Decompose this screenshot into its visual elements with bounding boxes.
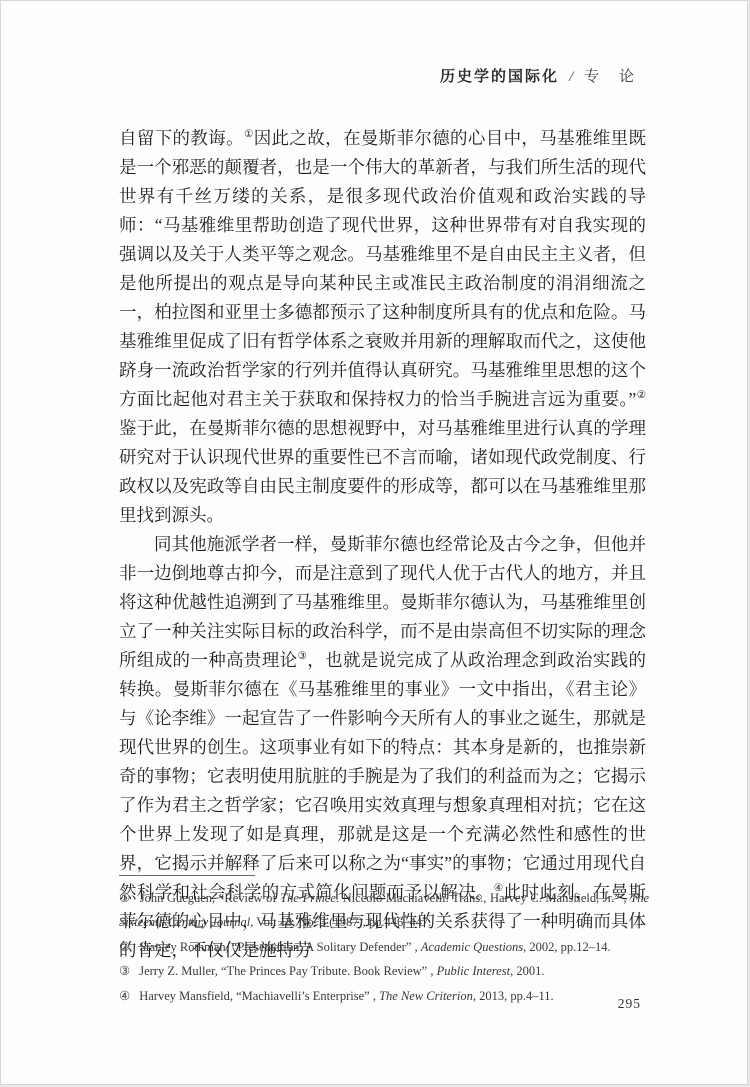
footnote-1-text: , Vol. 18, No. 3 (1987), pp.446–447. — [250, 915, 431, 929]
page-number: 295 — [618, 996, 641, 1012]
footnote-4-text: , 2013, pp.4–11. — [473, 989, 554, 1003]
footnote-3-text: , 2001. — [510, 964, 544, 978]
footnote-3-marker: ③ — [119, 964, 130, 978]
paragraph-1-text: 鉴于此，在曼斯菲尔德的思想视野中，对马基雅维里进行认真的学理研究对于认识现代世界… — [119, 418, 646, 525]
footnote-3-journal: Public Interest — [437, 964, 510, 978]
footnote-3-text: Jerry Z. Muller, “The Princes Pay Tribut… — [139, 964, 436, 978]
footnote-2: ②Stanley Rothman, “Presentation: A Solit… — [119, 935, 649, 959]
paragraph-1: 自留下的教诲。①因此之故，在曼斯菲尔德的心目中，马基雅维里既是一个邪恶的颠覆者，… — [119, 124, 646, 530]
footnote-4-text: Harvey Mansfield, “Machiavelli’s Enterpr… — [139, 989, 379, 1003]
footnote-2-text: , 2002, pp.12–14. — [523, 940, 611, 954]
footnote-1-marker: ① — [119, 891, 131, 905]
running-head-section: 专 论 — [584, 69, 642, 85]
footnote-4-marker: ④ — [119, 989, 130, 1003]
footnote-2-journal: Academic Questions — [421, 940, 523, 954]
running-head-title: 历史学的国际化 — [440, 69, 559, 85]
footnote-ref-3: ③ — [297, 651, 307, 662]
footnote-1-title: The Prince — [280, 891, 336, 905]
running-head-slash: / — [569, 69, 574, 85]
footnote-ref-2: ② — [636, 390, 646, 401]
running-head: 历史学的国际化/专 论 — [440, 65, 642, 86]
footnote-4: ④Harvey Mansfield, “Machiavelli’s Enterp… — [119, 984, 649, 1008]
footnote-2-marker: ② — [119, 940, 130, 954]
paragraph-1-text: 因此之故，在曼斯菲尔德的心目中，马基雅维里既是一个邪恶的颠覆者，也是一个伟大的革… — [119, 128, 646, 409]
footnote-3: ③Jerry Z. Muller, “The Princes Pay Tribu… — [119, 959, 649, 983]
footnote-1: ①John Gueguen, “Review of The Prince. Ni… — [119, 886, 649, 935]
footnote-ref-1: ① — [244, 129, 254, 140]
footnote-separator-rule — [119, 875, 255, 876]
body-text: 自留下的教诲。①因此之故，在曼斯菲尔德的心目中，马基雅维里既是一个邪恶的颠覆者，… — [119, 124, 646, 965]
footnote-1-text: John Gueguen, “Review of — [140, 891, 281, 905]
footnotes-section: ①John Gueguen, “Review of The Prince. Ni… — [119, 886, 649, 1008]
footnote-2-text: Stanley Rothman, “Presentation: A Solita… — [139, 940, 421, 954]
footnote-1-text: . Niccolo Machiavelli. Trans., Harvey C.… — [336, 891, 630, 905]
paragraph-2-text: ，也就是说完成了从政治理念到政治实践的转换。曼斯菲尔德在《马基雅维里的事业》一文… — [119, 650, 646, 902]
paragraph-1-text: 自留下的教诲。 — [119, 128, 244, 148]
footnote-4-journal: The New Criterion — [379, 989, 473, 1003]
document-page: 历史学的国际化/专 论 自留下的教诲。①因此之故，在曼斯菲尔德的心目中，马基雅维… — [0, 0, 748, 1085]
